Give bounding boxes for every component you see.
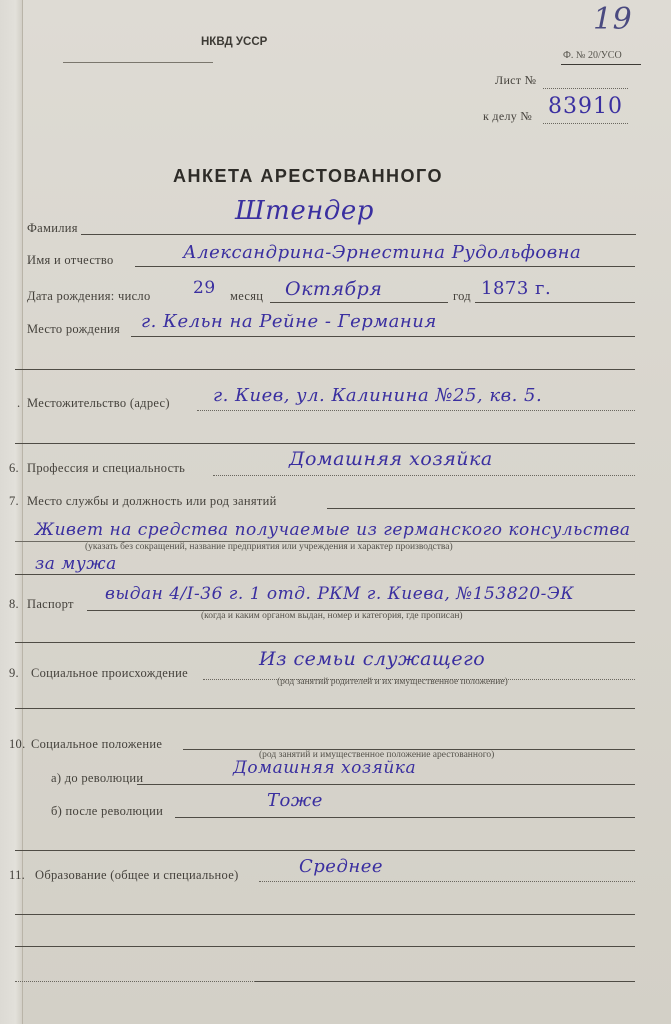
passport-hint: (когда и каким органом выдан, номер и ка… [201, 611, 463, 621]
birth-year-label: год [453, 289, 471, 304]
passport-number: 8. [9, 597, 19, 612]
profession-line [213, 475, 635, 476]
surname-line [81, 234, 636, 235]
rule-3 [15, 642, 635, 643]
rule-8b [255, 981, 635, 982]
workplace-line [327, 508, 635, 509]
form-title: АНКЕТА АРЕСТОВАННОГО [173, 166, 443, 187]
profession-value[interactable]: Домашняя хозяйка [289, 448, 493, 470]
residence-line [197, 410, 635, 411]
passport-label: Паспорт [27, 597, 74, 612]
residence-number: . [17, 396, 20, 411]
form-number: Ф. № 20/УСО [563, 50, 622, 61]
social-origin-label: Социальное происхождение [31, 666, 188, 681]
sheet-label: Лист № [495, 73, 536, 88]
rule-1 [15, 369, 635, 370]
agency-name: НКВД УССР [201, 36, 267, 48]
before-revolution-line [137, 784, 635, 785]
profession-number: 6. [9, 461, 19, 476]
rule-5 [15, 850, 635, 851]
birth-day-value[interactable]: 29 [193, 278, 216, 298]
profession-label: Профессия и специальность [27, 461, 185, 476]
form-number-underline [561, 64, 641, 65]
birthplace-value[interactable]: г. Кельн на Рейне - Германия [141, 311, 437, 332]
birth-date-label: Дата рождения: число [27, 289, 151, 304]
name-line [135, 266, 635, 267]
workplace-value-line1[interactable]: Живет на средства получаемые из германск… [35, 520, 631, 540]
birth-month-value[interactable]: Октября [285, 278, 382, 300]
social-origin-hint: (род занятий родителей и их имущественно… [277, 677, 508, 687]
residence-value[interactable]: г. Киев, ул. Калинина №25, кв. 5. [213, 385, 542, 406]
sheet-field[interactable] [543, 88, 628, 89]
before-revolution-value[interactable]: Домашняя хозяйка [233, 758, 416, 778]
rule-6 [15, 914, 635, 915]
workplace-line-3 [15, 574, 635, 575]
birth-year-line [475, 302, 635, 303]
birth-month-label: месяц [230, 289, 263, 304]
page-number-handwritten: 19 [593, 2, 632, 37]
name-label: Имя и отчество [27, 253, 114, 268]
questionnaire-page: НКВД УССР 19 Ф. № 20/УСО Лист № к делу №… [22, 0, 671, 1024]
workplace-label: Место службы и должность или род занятий [27, 494, 277, 509]
education-line [259, 881, 635, 882]
social-status-label: Социальное положение [31, 737, 162, 752]
birth-year-value[interactable]: 1873 г. [481, 278, 551, 299]
residence-label: Местожительство (адрес) [27, 396, 170, 411]
after-revolution-value[interactable]: Тоже [267, 790, 323, 811]
case-number: 83910 [548, 94, 623, 119]
header-rule [63, 62, 213, 63]
name-value[interactable]: Александрина-Эрнестина Рудольфовна [183, 242, 581, 263]
after-revolution-label: б) после революции [51, 804, 163, 819]
workplace-hint: (указать без сокращений, название предпр… [85, 542, 453, 552]
education-number: 11. [9, 868, 25, 883]
social-origin-value[interactable]: Из семьи служащего [259, 648, 485, 670]
birthplace-label: Место рождения [27, 322, 120, 337]
birth-month-line [270, 302, 448, 303]
case-field[interactable] [543, 123, 628, 124]
before-revolution-label: а) до революции [51, 771, 143, 786]
rule-4 [15, 708, 635, 709]
education-label: Образование (общее и специальное) [35, 868, 239, 883]
workplace-value-line2[interactable]: за мужа [35, 554, 117, 574]
social-origin-number: 9. [9, 666, 19, 681]
surname-value[interactable]: Штендер [235, 196, 374, 226]
workplace-number: 7. [9, 494, 19, 509]
after-revolution-line [175, 817, 635, 818]
rule-7 [15, 946, 635, 947]
case-label: к делу № [483, 109, 532, 124]
passport-value[interactable]: выдан 4/I-36 г. 1 отд. РКМ г. Киева, №15… [105, 584, 574, 604]
rule-8a [15, 981, 255, 982]
education-value[interactable]: Среднее [299, 856, 383, 877]
birthplace-line [131, 336, 635, 337]
rule-2 [15, 443, 635, 444]
surname-label: Фамилия [27, 221, 78, 236]
social-status-number: 10. [9, 737, 26, 752]
